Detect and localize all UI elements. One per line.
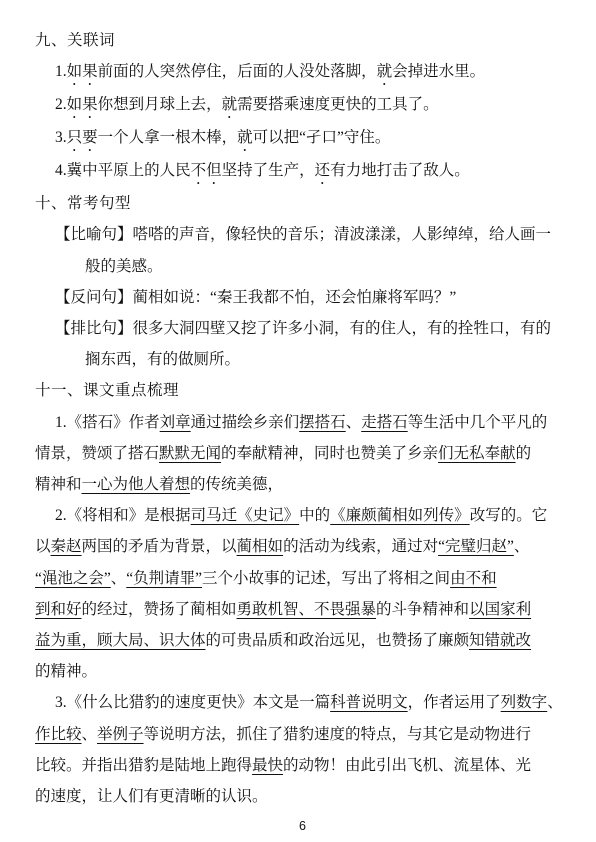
underlined-text: 一心为他人着想: [82, 476, 191, 493]
text-line: 的速度，让人们有更清晰的认识。: [35, 781, 570, 812]
emphasis-dot-text: 就: [237, 129, 253, 146]
text-segment: 、: [111, 570, 127, 587]
text-segment: 坚持了生产，: [222, 162, 315, 179]
underlined-text: 摆搭石: [299, 414, 346, 431]
text-segment: 、: [547, 694, 563, 711]
text-segment: 一个人拿一根木棒，: [98, 129, 238, 146]
text-segment: 会掉进水里。: [392, 63, 485, 80]
underlined-text: 司马迁《史记》: [191, 507, 300, 524]
text-line: 4.冀中平原上的人民不但坚持了生产，还有力地打击了敌人。: [35, 155, 570, 188]
text-segment: 2.: [55, 96, 67, 113]
text-segment: 等生活中几个平凡的: [408, 414, 548, 431]
underlined-text: 举例子: [97, 726, 144, 743]
text-segment: 两国的矛盾为背景，以: [82, 538, 237, 555]
text-line: 2.如果你想到月球上去，就需要搭乘速度更快的工具了。: [35, 89, 570, 122]
text-line: 般的美感。: [35, 251, 570, 282]
text-segment: 般的美感。: [85, 258, 163, 275]
text-segment: 需要搭乘速度更快的工具了。: [237, 96, 439, 113]
text-line: 比较。并指出猎豹是陆地上跑得最快的动物！由此引出飞机、流星体、光: [35, 750, 570, 781]
text-line: 作比较、举例子等说明方法，抓住了猎豹速度的特点，与其它是动物进行: [35, 719, 570, 750]
text-segment: 的奉献精神，同时也赞美了乡亲: [221, 445, 438, 462]
text-segment: 3.《什么比猎豹的速度更快》本文是一篇: [55, 694, 330, 711]
text-line: 1.如果前面的人突然停住，后面的人没处落脚，就会掉进水里。: [35, 56, 570, 89]
text-segment: 的动物！由此引出飞机、流星体、光: [283, 757, 531, 774]
emphasis-dot-text: 就: [377, 63, 393, 80]
text-segment: 情景，赞颂了搭石: [35, 445, 159, 462]
text-segment: 3.: [55, 129, 67, 146]
text-segment: 【排比句】很多大洞四壁又挖了许多小洞，有的住人，有的拴牲口，有的: [55, 320, 551, 337]
text-line: 3.《什么比猎豹的速度更快》本文是一篇科普说明文，作者运用了列数字、: [35, 687, 570, 718]
text-segment: 1.: [55, 63, 67, 80]
text-line: “渑池之会”、“负荆请罪”三个小故事的记述，写出了将相之间由不和: [35, 563, 570, 594]
underlined-text: “渑池之会”: [35, 570, 111, 587]
text-segment: 改写的。它: [470, 507, 548, 524]
emphasis-dot-text: 就: [222, 96, 238, 113]
underlined-text: 走搭石: [361, 414, 408, 431]
text-segment: 的传统美德，: [190, 476, 283, 493]
emphasis-dot-text: 不但: [191, 162, 222, 179]
text-segment: 的精神。: [35, 663, 97, 680]
text-line: 精神和一心为他人着想的传统美德，: [35, 469, 570, 500]
underlined-text: “完璧归赵”: [438, 538, 514, 555]
underlined-text: 蔺相如: [237, 538, 284, 555]
text-segment: 的可贵品质和政治远见，也赞扬了廉颇: [206, 632, 470, 649]
text-segment: 你想到月球上去，: [98, 96, 222, 113]
text-segment: 精神和: [35, 476, 82, 493]
text-segment: 的活动为线索，通过对: [283, 538, 438, 555]
text-segment: 的斗争精神和: [376, 601, 469, 618]
text-segment: ，作者运用了: [408, 694, 501, 711]
underlined-text: “负荆请罪”: [126, 570, 202, 587]
underlined-text: 勇敢机智、不畏强暴: [237, 601, 377, 618]
text-segment: 比较。并指出猎豹是陆地上跑得: [35, 757, 252, 774]
text-segment: 的: [516, 445, 532, 462]
text-segment: 【比喻句】嗒嗒的声音，像轻快的音乐；清波漾漾，人影绰绰，给人画一: [55, 226, 551, 243]
text-segment: 中的: [299, 507, 330, 524]
text-segment: 、: [82, 726, 98, 743]
underlined-text: 最快: [252, 757, 283, 774]
text-line: 1.《搭石》作者刘章通过描绘乡亲们摆搭石、走搭石等生活中几个平凡的: [35, 407, 570, 438]
text-line: 3.只要一个人拿一根木棒，就可以把“孑口”守住。: [35, 122, 570, 155]
underlined-text: 到和好: [35, 601, 82, 618]
emphasis-dot-text: 如果: [67, 96, 98, 113]
underlined-text: 由不和: [450, 570, 497, 587]
text-segment: 、: [346, 414, 362, 431]
text-segment: 2.《将相和》是根据: [55, 507, 191, 524]
text-segment: 的速度，让人们有更清晰的认识。: [35, 788, 268, 805]
text-segment: 【反问句】蔺相如说：“秦王我都不怕，还会怕廉将军吗？”: [55, 289, 456, 306]
underlined-text: 以国家利: [469, 601, 531, 618]
text-segment: 可以把“孑口”守住。: [253, 129, 391, 146]
section-heading-10: 十、常考句型: [35, 188, 570, 219]
document-page: 九、关联词 1.如果前面的人突然停住，后面的人没处落脚，就会掉进水里。 2.如果…: [0, 0, 596, 842]
text-line: 情景，赞颂了搭石默默无闻的奉献精神，同时也赞美了乡亲们无私奉献的: [35, 438, 570, 469]
text-segment: 1.《搭石》作者: [55, 414, 160, 431]
underlined-text: 《廉颇蔺相如列传》: [330, 507, 470, 524]
text-line: 2.《将相和》是根据司马迁《史记》中的《廉颇蔺相如列传》改写的。它: [35, 500, 570, 531]
text-line: 搁东西，有的做厕所。: [35, 344, 570, 375]
text-segment: 搁东西，有的做厕所。: [85, 351, 240, 368]
text-line: 益为重，顾大局、识大体的可贵品质和政治远见，也赞扬了廉颇知错就改: [35, 625, 570, 656]
text-line: 到和好的经过，赞扬了蔺相如勇敢机智、不畏强暴的斗争精神和以国家利: [35, 594, 570, 625]
underlined-text: 们无私奉献: [438, 445, 516, 462]
section-heading-9: 九、关联词: [35, 25, 570, 56]
emphasis-dot-text: 如果: [67, 63, 98, 80]
emphasis-dot-text: 只要: [67, 129, 98, 146]
text-segment: 有力地打击了敌人。: [330, 162, 470, 179]
text-line: 的精神。: [35, 656, 570, 687]
text-segment: 以: [35, 538, 51, 555]
text-segment: 等说明方法，抓住了猎豹速度的特点，与其它是动物进行: [144, 726, 532, 743]
text-segment: 前面的人突然停住，后面的人没处落脚，: [98, 63, 377, 80]
text-line: 【反问句】蔺相如说：“秦王我都不怕，还会怕廉将军吗？”: [35, 282, 570, 313]
underlined-text: 益为重，顾大局、识大体: [35, 632, 206, 649]
text-line: 【排比句】很多大洞四壁又挖了许多小洞，有的住人，有的拴牲口，有的: [35, 313, 570, 344]
text-segment: 4.冀中平原上的人民: [55, 162, 191, 179]
underlined-text: 秦赵: [51, 538, 82, 555]
section-heading-11: 十一、课文重点梳理: [35, 375, 570, 406]
underlined-text: 刘章: [160, 414, 191, 431]
underlined-text: 默默无闻: [159, 445, 221, 462]
text-line: 【比喻句】嗒嗒的声音，像轻快的音乐；清波漾漾，人影绰绰，给人画一: [35, 219, 570, 250]
text-segment: 的经过，赞扬了蔺相如: [82, 601, 237, 618]
underlined-text: 作比较: [35, 726, 82, 743]
page-number: 6: [35, 812, 570, 840]
text-segment: 三个小故事的记述，写出了将相之间: [202, 570, 450, 587]
text-segment: 通过描绘乡亲们: [191, 414, 300, 431]
underlined-text: 列数字: [501, 694, 548, 711]
underlined-text: 科普说明文: [330, 694, 408, 711]
underlined-text: 知错就改: [469, 632, 531, 649]
emphasis-dot-text: 还: [315, 162, 331, 179]
text-segment: 、: [514, 538, 530, 555]
text-line: 以秦赵两国的矛盾为背景，以蔺相如的活动为线索，通过对“完璧归赵”、: [35, 531, 570, 562]
